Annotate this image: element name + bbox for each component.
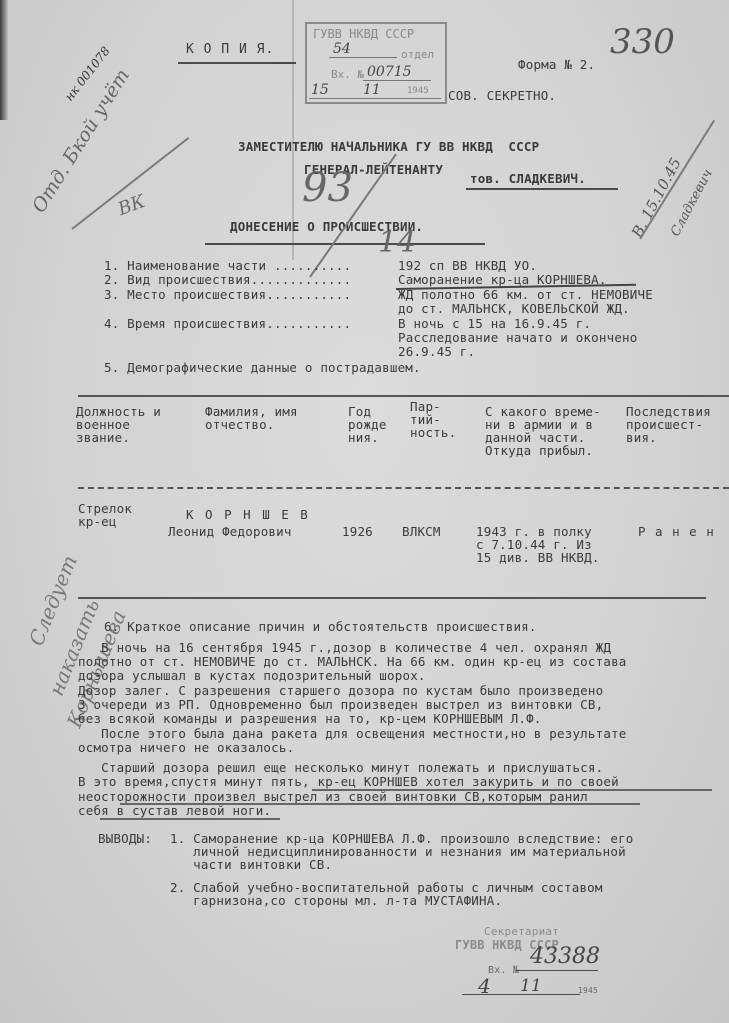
cell-birth-year: 1926 [342,525,373,538]
table-top-rule [78,395,729,397]
stamp-incoming-number: 00715 [367,64,412,80]
handwritten-center-mark: 93 [302,165,353,211]
header-service: С какого време- ни в армии и в данной ча… [485,405,601,457]
handwritten-underline-3 [100,818,280,820]
conclusions-label: ВЫВОДЫ: [98,832,152,845]
field-5-label: 5. Демографические данные о пострадавшем… [104,361,421,374]
header-name: Фамилия, имя отчество. [205,405,298,431]
header-position: Должность и военное звание. [76,405,161,444]
section6-title: 6. Краткое описание причин и обстоятельс… [104,620,537,633]
addressee-line1: ЗАМЕСТИТЕЛЮ НАЧАЛЬНИКА ГУ ВВ НКВД СССР [238,140,539,153]
description-line: без всякой команды и разрешения на то, к… [78,712,542,725]
description-line: осмотра ничего не оказалось. [78,741,294,754]
description-line: неосторожности произвел выстрел из своей… [78,790,588,803]
stamp-date-year: 1945 [407,86,429,96]
stamp-incoming-label: Вх. № [331,68,364,81]
addressee-underline [466,188,618,190]
cell-service: 1943 г. в полку с 7.10.44 г. Из 15 див. … [476,525,600,564]
conclusion-2: 2. Слабой учебно-воспитательной работы с… [170,881,603,907]
stamp-org: ГУВВ НКВД СССР [313,27,414,41]
secretariat-date-year: 1945 [578,984,598,997]
field-4-value-1: В ночь с 15 на 16.9.45 г. [398,317,591,330]
secretariat-date-line [462,994,580,995]
header-party: Пар- тий- ность. [410,400,456,439]
conclusion-1: 1. Саморанение кр-ца КОРНШЕВА Л.Ф. произ… [170,832,634,871]
classification: СОВ. СЕКРЕТНО. [448,89,556,102]
handwritten-center-mark2: 14 [378,225,416,260]
incoming-stamp: ГУВВ НКВД СССР 54 отдел Вх. № 00715 15 1… [305,22,447,104]
field-4-value-3: 26.9.45 г. [398,345,475,358]
description-line: дозора услышал в кустах подозрительный ш… [78,669,426,682]
table-header-rule [78,487,729,489]
secretariat-date-month: 11 [520,976,542,996]
description-line: себя в сустав левой ноги. [78,804,271,817]
addressee-line3: тов. СЛАДКЕВИЧ. [470,172,586,185]
handwritten-underline-2 [120,803,640,805]
field-3-label: 3. Место происшествия........... [104,288,351,301]
description-line: Дозор залег. С разрешения старшего дозор… [78,684,603,697]
description-line: В ночь на 16 сентября 1945 г.,дозор в ко… [78,641,611,654]
cell-surname: К О Р Н Ш Е В [186,508,310,521]
stamp-date-month: 11 [363,82,381,98]
secretariat-incoming-label: Вх. № [488,964,519,977]
description-line: 3 очереди из РП. Одновременно был произв… [78,698,603,711]
field-4-value-2: Расследование начато и окончено [398,331,638,344]
header-birth-year: Год рожде ния. [348,405,387,444]
handwritten-underline-1 [312,789,712,791]
header-outcome: Последствия происшест- вия. [626,405,711,444]
field-3-value-2: до ст. МАЛЬНСК, КОВЕЛЬСКОЙ ЖД. [398,302,630,315]
description-line: После этого была дана ракета для освещен… [78,727,627,740]
copy-label: К О П И Я. [186,43,274,56]
scan-edge [0,0,8,120]
title-underline [205,243,485,245]
document-page: К О П И Я. ГУВВ НКВД СССР 54 отдел Вх. №… [0,0,729,1023]
field-2-label: 2. Вид происшествия............. [104,273,351,286]
secretariat-incoming-number: 43388 [530,944,600,969]
cell-position: Стрелок кр-ец [78,502,132,528]
stamp-dept-label: отдел [401,48,434,61]
secretariat-line1: Секретариат [484,925,559,938]
field-1-label: 1. Наименование части .......... [104,259,351,272]
field-4-label: 4. Время происшествия........... [104,317,351,330]
form-number: Форма № 2. [518,58,595,71]
field-3-value-1: ЖД полотно 66 км. от ст. НЕМОВИЧЕ [398,288,653,301]
description-line: В это время,спустя минут пять, кр-ец КОР… [78,775,619,788]
stamp-date-day: 15 [311,82,329,98]
description-line: полотно от ст. НЕМОВИЧЕ до ст. МАЛЬНСК. … [78,655,627,668]
description-line: Старший дозора решил еще несколько минут… [78,761,603,774]
cell-outcome: Р а н е н [638,525,715,538]
cell-name: Леонид Федорович [168,525,292,538]
page-number-handwritten: 330 [610,22,675,62]
copy-underline [178,62,296,64]
field-1-value: 192 сп ВВ НКВД УО. [398,259,537,272]
handwritten-initials: ВК [115,191,148,220]
stamp-dept-number: 54 [333,41,351,57]
table-bottom-rule [78,597,706,599]
secretariat-number-line [516,970,598,971]
cell-party: ВЛКСМ [402,525,441,538]
